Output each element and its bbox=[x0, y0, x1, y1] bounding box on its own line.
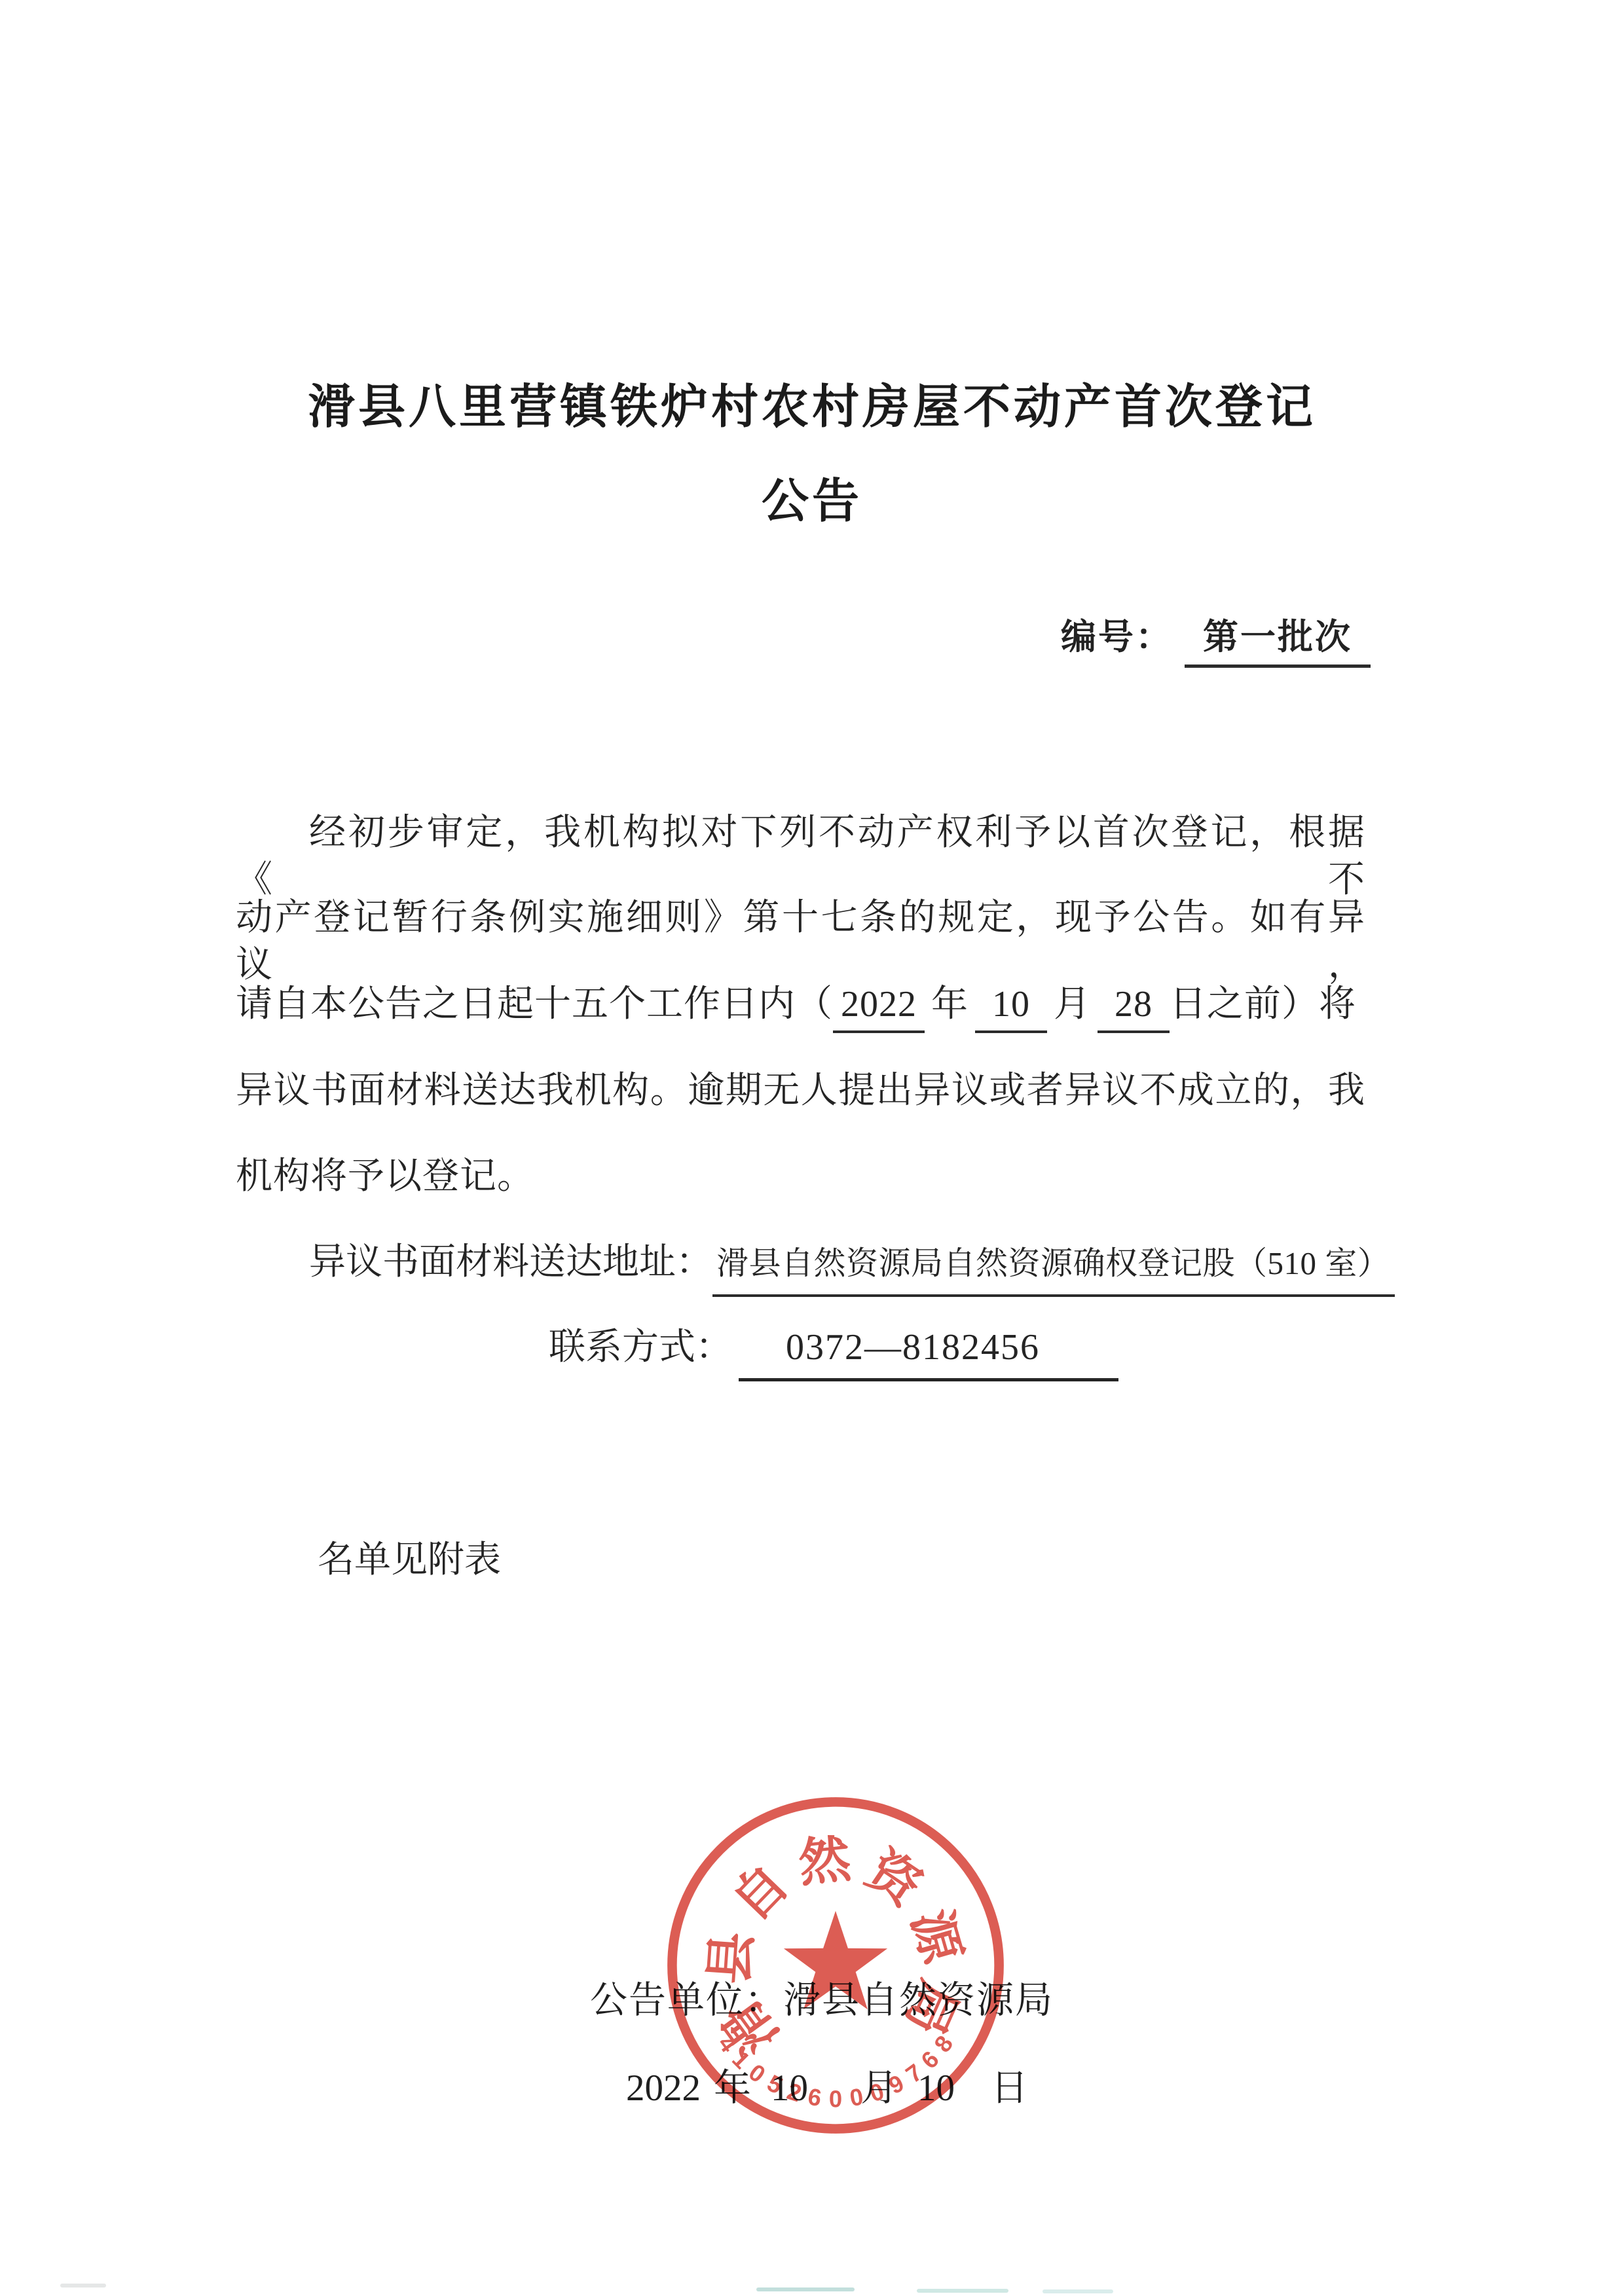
contact-label: 联系方式： bbox=[549, 1327, 732, 1368]
seal-org-char: 然 bbox=[796, 1829, 854, 1893]
date-year: 2022 bbox=[626, 2067, 701, 2109]
date-month: 10 bbox=[771, 2067, 808, 2109]
scan-artifact bbox=[756, 2287, 855, 2291]
deadline-month: 10 bbox=[975, 981, 1047, 1033]
contact-phone: 0372—8182456 bbox=[739, 1323, 1118, 1381]
body-line-1: 经初步审定，我机构拟对下列不动产权利予以首次登记，根据《不 bbox=[236, 809, 1365, 903]
scan-artifact bbox=[1043, 2289, 1113, 2293]
seal-code-digit: 4 bbox=[713, 2031, 743, 2058]
serial-value: 第一批次 bbox=[1185, 609, 1371, 668]
year-unit: 年 bbox=[931, 984, 969, 1025]
address-value: 滑县自然资源局自然资源确权登记股（510 室） bbox=[712, 1239, 1395, 1297]
deadline-year: 2022 bbox=[833, 981, 925, 1033]
body-line-4: 异议书面材料送达我机构。逾期无人提出异议或者异议不成立的，我 bbox=[236, 1067, 1365, 1114]
announcement-document: 滑县八里营镇铁炉村农村房屋不动产首次登记 公告 编号：第一批次 经初步审定，我机… bbox=[0, 0, 1624, 2296]
date-month-unit: 月 bbox=[860, 2058, 898, 2111]
attachment-note: 名单见附表 bbox=[318, 1531, 501, 1583]
deadline-text-post: 日之前）将 bbox=[1170, 984, 1356, 1025]
contact-line: 联系方式：0372—8182456 bbox=[549, 1323, 1118, 1381]
page-subtitle: 公告 bbox=[0, 473, 1624, 530]
seal-code-digit: 8 bbox=[929, 2031, 958, 2057]
scan-artifact bbox=[60, 2284, 106, 2287]
issuer-label: 公告单位： bbox=[590, 1980, 783, 2021]
date-day-unit: 日 bbox=[991, 2058, 1028, 2111]
date-year-unit: 年 bbox=[714, 2058, 751, 2111]
seal-org-char: 源 bbox=[902, 1903, 972, 1970]
seal-org-char: 自 bbox=[721, 1853, 799, 1931]
seal-org-char: 资 bbox=[857, 1840, 933, 1918]
page-title: 滑县八里营镇铁炉村农村房屋不动产首次登记 bbox=[0, 378, 1624, 436]
deadline-day: 28 bbox=[1098, 981, 1170, 1033]
serial-number-line: 编号：第一批次 bbox=[1061, 609, 1371, 668]
body-line-5: 机构将予以登记。 bbox=[236, 1153, 1365, 1200]
deadline-text-pre: 请自本公告之日起十五个工作日内（ bbox=[236, 984, 833, 1025]
scan-artifact bbox=[917, 2289, 1008, 2293]
issuer-line: 公告单位：滑县自然资源局 bbox=[590, 1970, 1054, 2024]
body-line-2: 动产登记暂行条例实施细则》第十七条的规定，现予公告。如有异议， bbox=[236, 894, 1365, 989]
address-label: 异议书面材料送达地址： bbox=[309, 1242, 712, 1283]
month-unit: 月 bbox=[1054, 984, 1091, 1025]
serial-label: 编号： bbox=[1061, 617, 1173, 657]
issuer-value: 滑县自然资源局 bbox=[783, 1980, 1054, 2021]
date-day: 10 bbox=[917, 2067, 955, 2109]
body-line-3: 请自本公告之日起十五个工作日内（2022年10月28日之前）将 bbox=[236, 981, 1365, 1033]
objection-address-line: 异议书面材料送达地址：滑县自然资源局自然资源确权登记股（510 室） bbox=[236, 1238, 1395, 1297]
date-line: 2022年10月10日 bbox=[626, 2058, 1028, 2111]
